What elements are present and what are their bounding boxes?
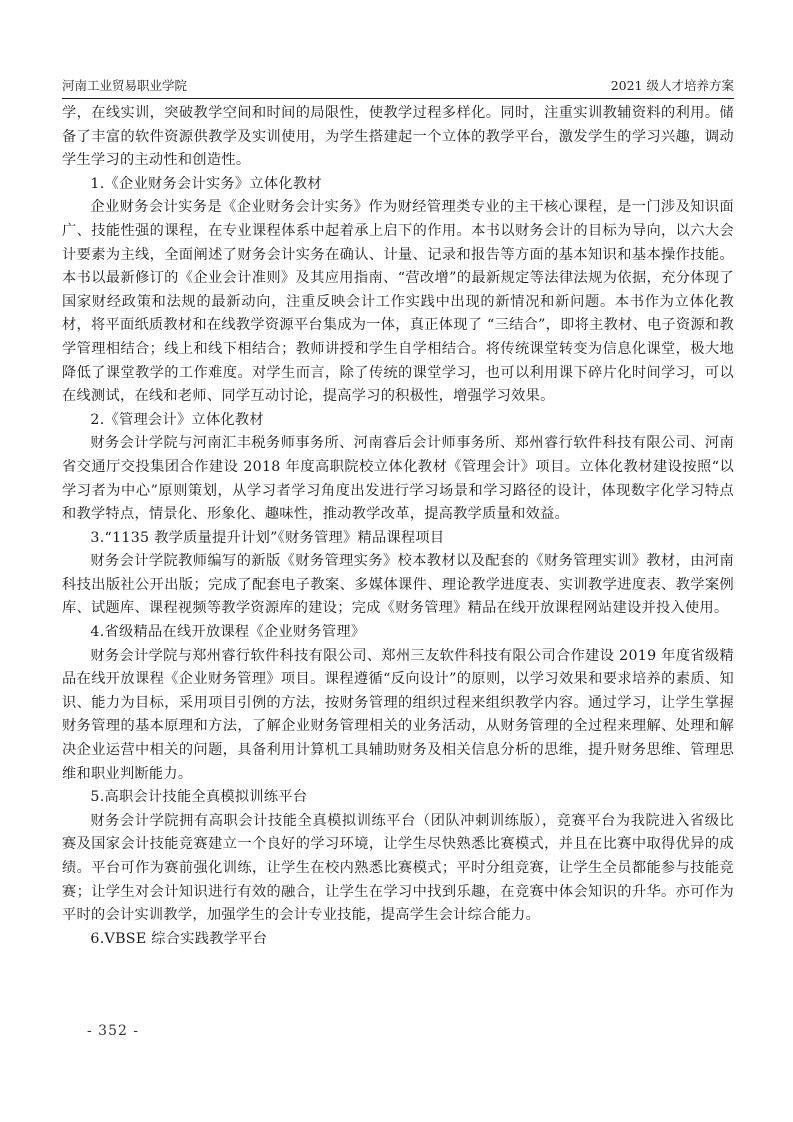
page-number: - 352 - bbox=[87, 1023, 139, 1039]
paragraph-section-5: 财务会计学院拥有高职会计技能全真模拟训练平台（团队冲刺训练版），竞赛平台为我院进… bbox=[62, 810, 734, 928]
paragraph-section-2: 财务会计学院与河南汇丰税务师事务所、河南睿后会计师事务所、郑州睿行软件科技有限公… bbox=[62, 432, 734, 526]
section-heading-3: 3.“1135 教学质量提升计划”《财务管理》精品课程项目 bbox=[62, 527, 734, 551]
section-heading-4: 4.省级精品在线开放课程《企业财务管理》 bbox=[62, 621, 734, 645]
section-heading-6: 6.VBSE 综合实践教学平台 bbox=[62, 928, 734, 952]
document-body: 学，在线实训，突破教学空间和时间的局限性，使教学过程多样化。同时，注重实训教辅资… bbox=[62, 102, 734, 951]
page-header: 河南工业贸易职业学院 2021 级人才培养方案 bbox=[62, 76, 734, 99]
paragraph-section-3: 财务会计学院教师编写的新版《财务管理实务》校本教材以及配套的《财务管理实训》教材… bbox=[62, 550, 734, 621]
section-heading-5: 5.高职会计技能全真模拟训练平台 bbox=[62, 786, 734, 810]
header-institution: 河南工业贸易职业学院 bbox=[62, 76, 187, 96]
header-document-title: 2021 级人才培养方案 bbox=[611, 76, 734, 96]
paragraph-section-4: 财务会计学院与郑州睿行软件科技有限公司、郑州三友软件科技有限公司合作建设 201… bbox=[62, 645, 734, 787]
paragraph-section-1: 企业财务会计实务是《企业财务会计实务》作为财经管理类专业的主干核心课程，是一门涉… bbox=[62, 196, 734, 408]
section-heading-1: 1.《企业财务会计实务》立体化教材 bbox=[62, 173, 734, 197]
section-heading-2: 2.《管理会计》立体化教材 bbox=[62, 409, 734, 433]
paragraph-continued: 学，在线实训，突破教学空间和时间的局限性，使教学过程多样化。同时，注重实训教辅资… bbox=[62, 102, 734, 173]
